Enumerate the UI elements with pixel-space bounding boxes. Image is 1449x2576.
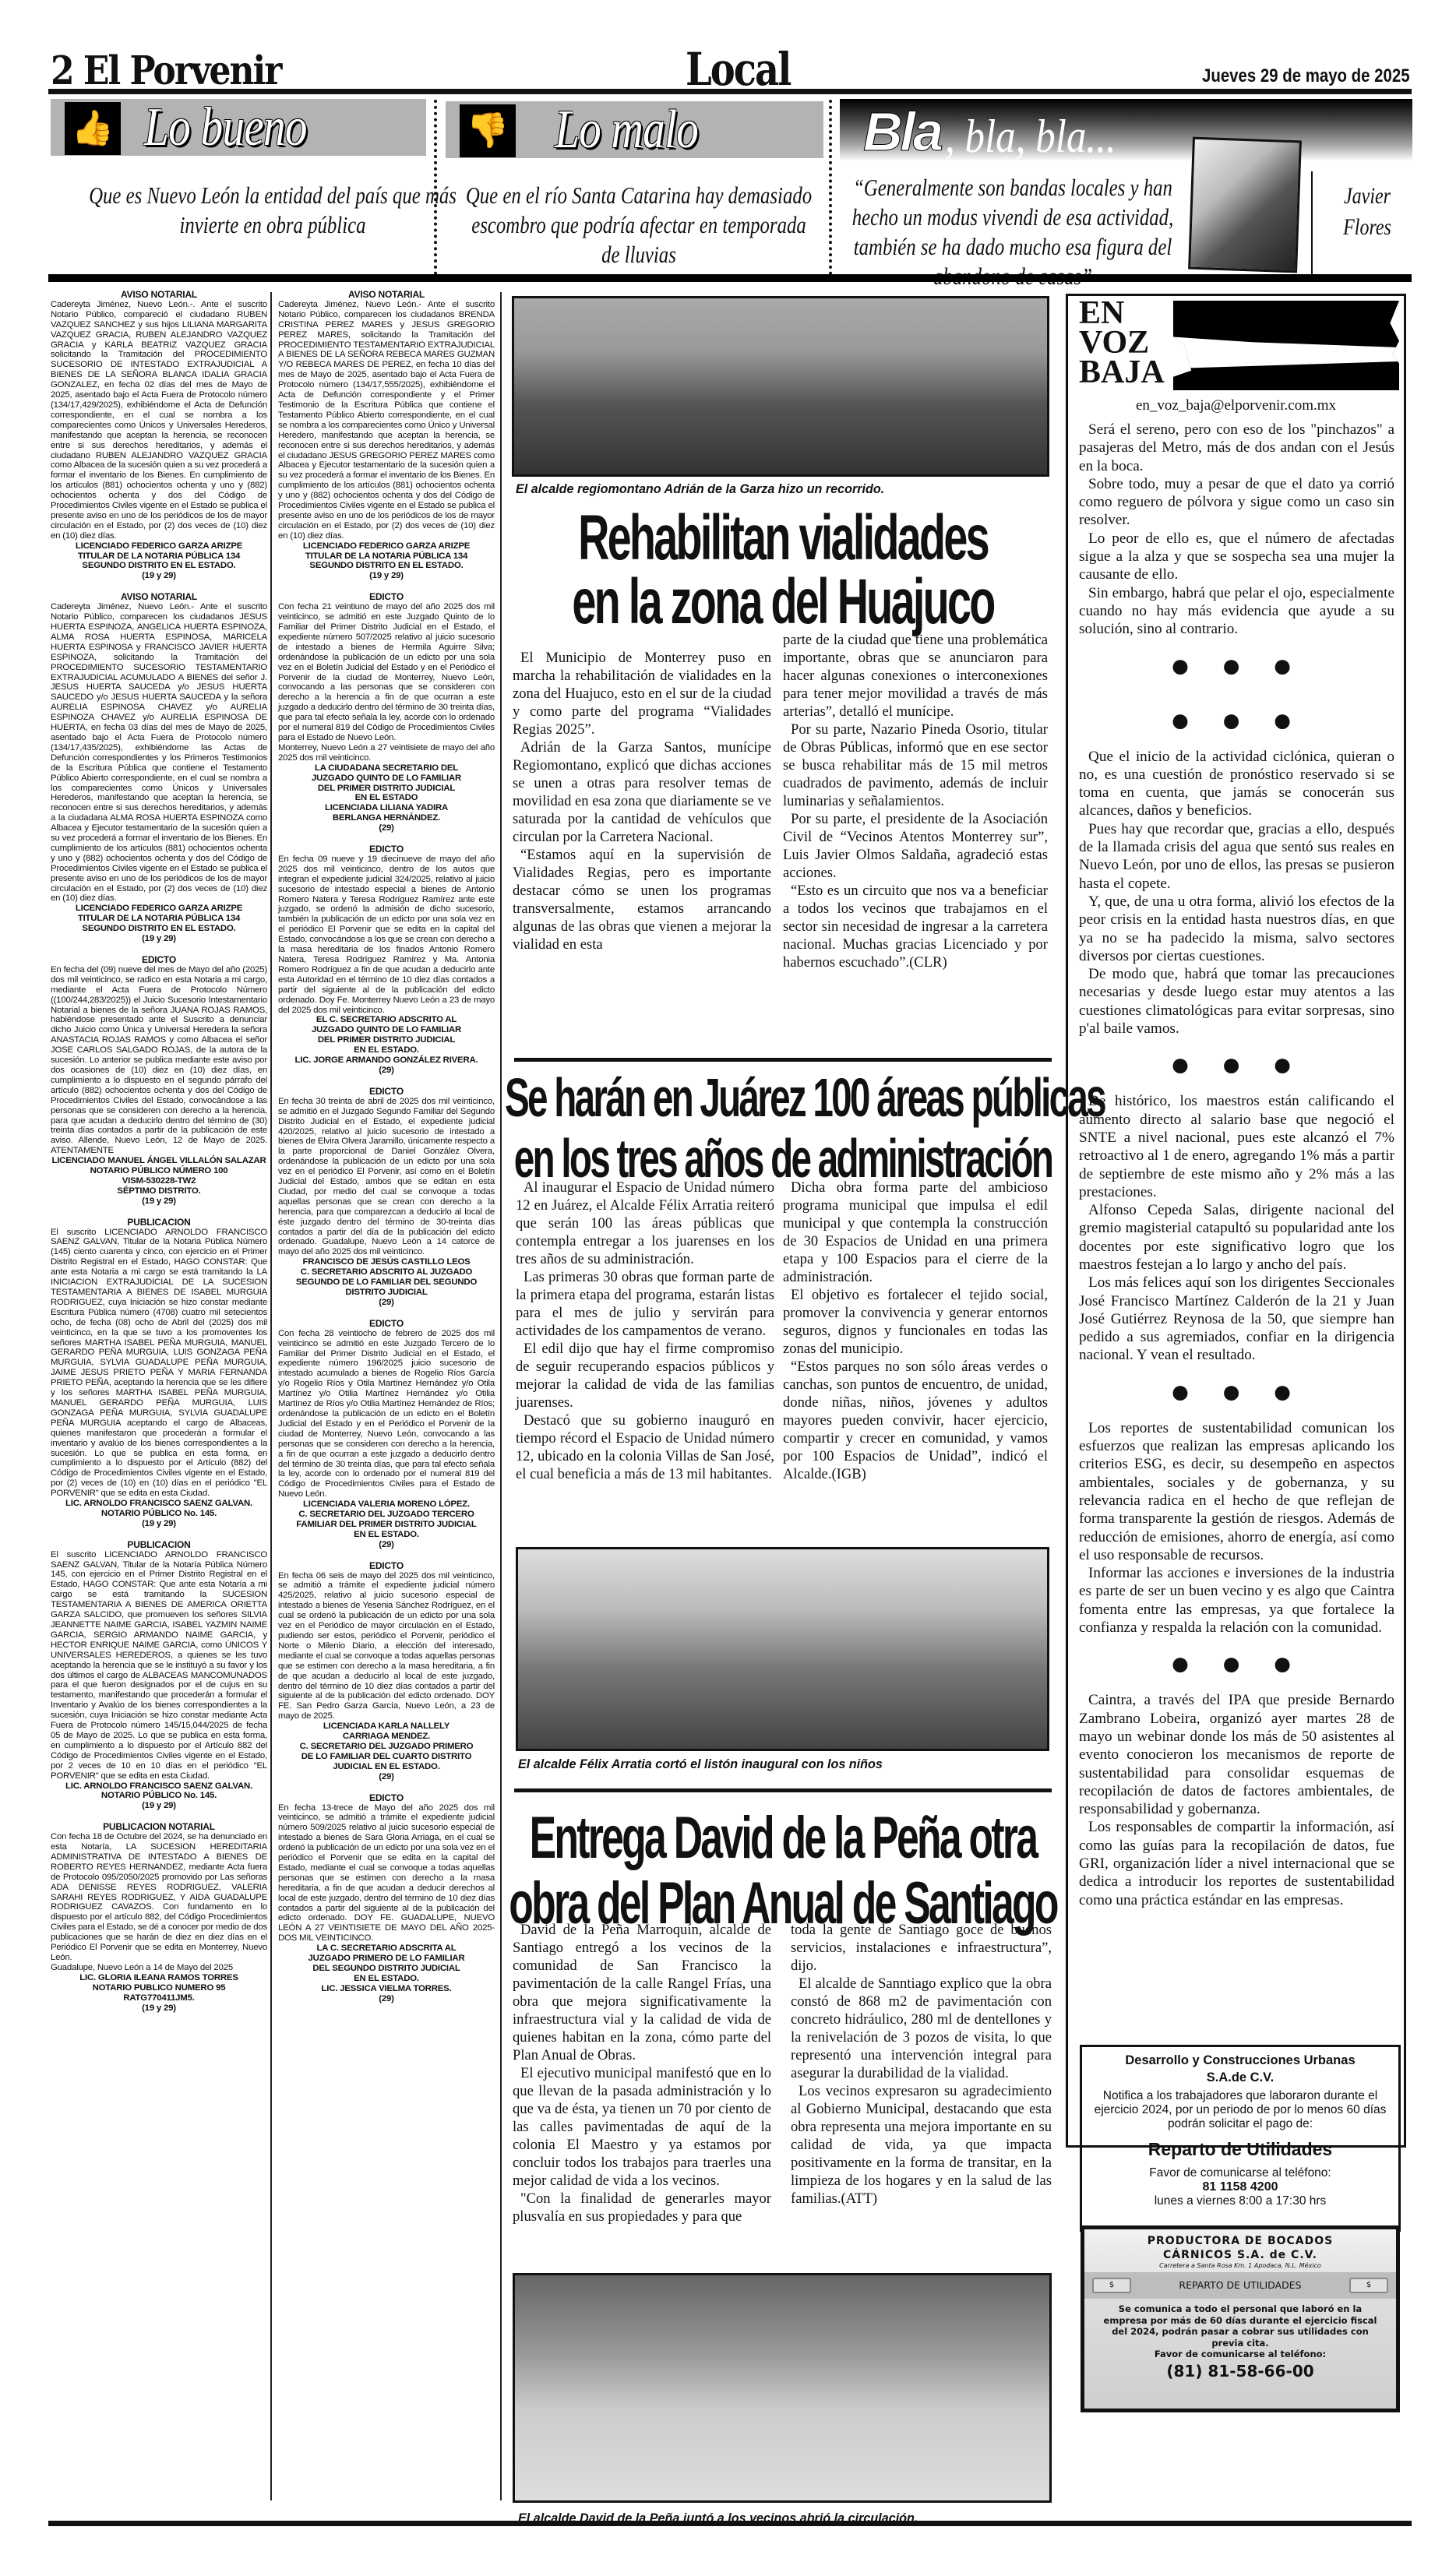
speaker-divider xyxy=(1311,171,1313,280)
crickets-illustration-icon xyxy=(1173,301,1399,390)
masthead-rule xyxy=(48,89,1412,94)
article-photo-huajuco xyxy=(512,296,1049,477)
article-separator xyxy=(514,1058,1052,1062)
legal-notice: AVISO NOTARIALCadereyta Jiménez, Nuevo L… xyxy=(278,290,495,581)
ad-company-line: Desarrollo y Construcciones Urbanas xyxy=(1082,2052,1398,2069)
paragraph: Pues hay que recordar que, gracias a ell… xyxy=(1079,820,1394,893)
thumbs-down-icon: 👎 xyxy=(460,104,516,157)
en-voz-baja-title: EN VOZ BAJA xyxy=(1079,298,1165,387)
legal-notice: EDICTOEn fecha 13-trece de Mayo del año … xyxy=(278,1793,495,2004)
paragraph: Sin embargo, habrá que pelar el ojo, esp… xyxy=(1079,584,1394,639)
paragraph: “Estamos aquí en la supervisión de Viali… xyxy=(513,846,771,953)
notice-body: En fecha 09 nueve y 19 diecinueve de may… xyxy=(278,855,495,1016)
legal-notice: EDICTOEn fecha 06 seis de mayo del 2025 … xyxy=(278,1561,495,1782)
paragraph: De histórico, los maestros están calific… xyxy=(1079,1092,1394,1201)
legal-notice: AVISO NOTARIALCadereyta Jiménez, Nuevo L… xyxy=(51,290,267,581)
notice-signature: LICENCIADO FEDERICO GARZA ARIZPE TITULAR… xyxy=(51,541,267,582)
article-photo-santiago xyxy=(513,2273,1052,2503)
column-divider xyxy=(270,292,272,2500)
notice-signature: LICENCIADO MANUEL ÁNGEL VILLALÓN SALAZAR… xyxy=(51,1156,267,1207)
headline-line: Entrega David de la Peña otra xyxy=(505,1806,1061,1871)
headline-line: Se harán en Juárez 100 áreas públicas xyxy=(505,1067,1061,1128)
paragraph: Dicha obra forma parte del ambicioso pro… xyxy=(783,1179,1048,1286)
notice-title: EDICTO xyxy=(278,1319,495,1329)
ad-desarrollo-urbanas: Desarrollo y Construcciones Urbanas S.A.… xyxy=(1080,2045,1401,2232)
notice-body: El suscrito LICENCIADO ARNOLDO FRANCISCO… xyxy=(51,1228,267,1499)
notice-title: EDICTO xyxy=(278,592,495,602)
ad-message: Se comunica a todo el personal que labor… xyxy=(1084,2303,1396,2349)
page-number-and-newspaper-name: 2 El Porvenir xyxy=(51,48,280,94)
paragraph: Lo peor de ello es, que el número de afe… xyxy=(1079,530,1394,584)
photo-caption: El alcalde regiomontano Adrián de la Gar… xyxy=(516,481,884,497)
paragraph: Y, que, de una u otra forma, alivió los … xyxy=(1079,893,1394,965)
notice-body: Cadereyta Jiménez, Nuevo León.- Ante el … xyxy=(278,300,495,541)
paragraph: "Con la finalidad de generarles mayor pl… xyxy=(513,2190,771,2225)
notice-signature: LICENCIADA KARLA NALLELY CARRIAGA MENDEZ… xyxy=(278,1721,495,1781)
header-black-rule xyxy=(48,274,1412,282)
paragraph: “Esto es un circuito que nos va a benefi… xyxy=(783,882,1048,971)
lo-malo-banner: 👎 Lo malo xyxy=(446,101,823,158)
article-body-col2: Dicha obra forma parte del ambicioso pro… xyxy=(783,1179,1048,1483)
notice-title: AVISO NOTARIAL xyxy=(51,592,267,602)
ad-company-line: PRODUCTORA DE BOCADOS xyxy=(1084,2234,1396,2248)
ad-band-label: REPARTO DE UTILIDADES xyxy=(1179,2279,1301,2291)
bla-bla-bla-banner: Bla , bla, bla... xyxy=(840,99,1412,161)
ad-band: $ REPARTO DE UTILIDADES $ xyxy=(1084,2272,1396,2299)
notice-body: Cadereyta Jiménez, Nuevo León.-. Ante el… xyxy=(51,300,267,541)
ad-company-name: Desarrollo y Construcciones Urbanas S.A.… xyxy=(1082,2052,1398,2086)
notice-body: Con fecha 18 de Octubre del 2024, se ha … xyxy=(51,1832,267,1973)
notice-title: EDICTO xyxy=(278,1793,495,1803)
ad-contact-label: Favor de comunicarse al teléfono: xyxy=(1084,2349,1396,2360)
notice-signature: EL C. SECRETARIO ADSCRITO AL JUZGADO QUI… xyxy=(278,1015,495,1075)
notice-body: En fecha 13-trece de Mayo del año 2025 d… xyxy=(278,1803,495,1944)
lo-bueno-banner: 👍 Lo bueno xyxy=(51,99,426,156)
ad-phone: (81) 81-58-66-00 xyxy=(1084,2362,1396,2380)
ad-phone: 81 1158 4200 xyxy=(1082,2180,1398,2194)
notice-body: Con fecha 28 veintiocho de febrero de 20… xyxy=(278,1329,495,1499)
notice-signature: LIC. GLORIA ILEANA RAMOS TORRES NOTARIO … xyxy=(51,1973,267,2014)
headline-line: en la zona del Huajuco xyxy=(484,570,1082,634)
section-separator-dots-icon: ● ● ● xyxy=(1079,1038,1394,1092)
article-separator xyxy=(514,1788,1052,1792)
section-separator-dots-icon: ● ● ● xyxy=(1079,639,1394,693)
legal-notice: PUBLICACION NOTARIALCon fecha 18 de Octu… xyxy=(51,1822,267,2013)
article-body-col2: toda la gente de Santiago goce de buenos… xyxy=(791,1921,1052,2208)
legal-notice: PUBLICACIONEl suscrito LICENCIADO ARNOLD… xyxy=(51,1540,267,1811)
speaker-name: Javier Flores xyxy=(1333,181,1401,243)
legal-notices-column-1: AVISO NOTARIALCadereyta Jiménez, Nuevo L… xyxy=(51,290,267,2024)
paragraph: Por su parte, Nazario Pineda Osorio, tit… xyxy=(783,721,1048,810)
photo-caption: El alcalde Félix Arratia cortó el listón… xyxy=(518,1757,883,1772)
lo-bueno-title: Lo bueno xyxy=(144,100,307,155)
paragraph: Alfonso Cepeda Salas, dirigente nacional… xyxy=(1079,1201,1394,1274)
paragraph: Destacó que su gobierno inauguró en tiem… xyxy=(516,1411,774,1483)
notice-signature: LIC. ARNOLDO FRANCISCO SAENZ GALVAN. NOT… xyxy=(51,1499,267,1529)
paragraph: Los más felices aquí son los dirigentes … xyxy=(1079,1274,1394,1364)
title-line: EN xyxy=(1079,298,1165,328)
notice-signature: LA CIUDADANA SECRETARIO DEL JUZGADO QUIN… xyxy=(278,763,495,833)
dotted-divider xyxy=(829,100,832,275)
paragraph: El objetivo es fortalecer el tejido soci… xyxy=(783,1286,1048,1358)
notice-body: Cadereyta Jiménez, Nuevo León.- Ante el … xyxy=(51,602,267,904)
ad-company-name: PRODUCTORA DE BOCADOS CÁRNICOS S.A. de C… xyxy=(1084,2234,1396,2262)
money-bills-icon: $ xyxy=(1349,2278,1388,2293)
paragraph: Sobre todo, muy a pesar de que el dato y… xyxy=(1079,475,1394,530)
legal-notice: PUBLICACIONEl suscrito LICENCIADO ARNOLD… xyxy=(51,1218,267,1529)
notice-title: PUBLICACION NOTARIAL xyxy=(51,1822,267,1832)
notice-body: El suscrito LICENCIADO ARNOLDO FRANCISCO… xyxy=(51,1550,267,1781)
ad-company-line: CÁRNICOS S.A. de C.V. xyxy=(1084,2248,1396,2262)
ad-productora-bocados: PRODUCTORA DE BOCADOS CÁRNICOS S.A. de C… xyxy=(1081,2225,1400,2412)
ad-company-line: S.A.de C.V. xyxy=(1082,2069,1398,2086)
paragraph: Los responsables de compartir la informa… xyxy=(1079,1818,1394,1908)
paragraph: Las primeras 30 obras que forman parte d… xyxy=(516,1268,774,1340)
section-separator-dots-icon: ● ● ● xyxy=(1079,693,1394,748)
headline-juarez: Se harán en Juárez 100 áreas públicas en… xyxy=(505,1067,1061,1189)
paragraph: El edil dijo que hay el firme compromiso… xyxy=(516,1340,774,1411)
money-bills-icon: $ xyxy=(1092,2278,1131,2293)
legal-notices-column-2: AVISO NOTARIALCadereyta Jiménez, Nuevo L… xyxy=(278,290,495,2015)
paragraph: Será el sereno, pero con eso de los "pin… xyxy=(1079,421,1394,475)
article-body-col1: David de la Peña Marroquín, alcalde de S… xyxy=(513,1921,771,2225)
notice-signature: FRANCISCO DE JESÚS CASTILLO LEOS C. SECR… xyxy=(278,1257,495,1308)
paragraph: Los vecinos expresaron su agradecimiento… xyxy=(791,2082,1052,2208)
notice-signature: LIC. ARNOLDO FRANCISCO SAENZ GALVAN. NOT… xyxy=(51,1781,267,1812)
notice-body: En fecha del (09) nueve del mes de Mayo … xyxy=(51,965,267,1156)
paragraph: El ejecutivo municipal manifestó que en … xyxy=(513,2064,771,2190)
notice-title: EDICTO xyxy=(51,955,267,965)
notice-title: AVISO NOTARIAL xyxy=(278,290,495,300)
notice-signature: LICENCIADA VALERIA MORENO LÓPEZ. C. SECR… xyxy=(278,1499,495,1550)
notice-title: EDICTO xyxy=(278,1561,495,1571)
paragraph: El Municipio de Monterrey puso en marcha… xyxy=(513,649,771,738)
en-voz-baja-body: Será el sereno, pero con eso de los "pin… xyxy=(1079,421,1394,1909)
notice-title: PUBLICACION xyxy=(51,1218,267,1228)
article-body-col1: Al inaugurar el Espacio de Unidad número… xyxy=(516,1179,774,1483)
notice-body: En fecha 06 seis de mayo del 2025 dos mi… xyxy=(278,1571,495,1722)
paragraph: Al inaugurar el Espacio de Unidad número… xyxy=(516,1179,774,1268)
bla-title-bold: Bla xyxy=(863,100,941,163)
headline-huajuco: Rehabilitan vialidades en la zona del Hu… xyxy=(484,506,1082,634)
lo-bueno-text: Que es Nuevo León la entidad del país qu… xyxy=(79,181,466,240)
paragraph: Que el inicio de la actividad ciclónica,… xyxy=(1079,748,1394,820)
page-bottom-rule xyxy=(48,2521,1412,2526)
paragraph: David de la Peña Marroquín, alcalde de S… xyxy=(513,1921,771,2064)
notice-title: PUBLICACION xyxy=(51,1540,267,1550)
ad-contact-label: Favor de comunicarse al teléfono: xyxy=(1082,2166,1398,2180)
paragraph: toda la gente de Santiago goce de buenos… xyxy=(791,1921,1052,1975)
publication-date: Jueves 29 de mayo de 2025 xyxy=(1202,65,1410,87)
article-body-col2: parte de la ciudad que tiene una problem… xyxy=(783,631,1048,971)
legal-notice: AVISO NOTARIALCadereyta Jiménez, Nuevo L… xyxy=(51,592,267,944)
speaker-photo xyxy=(1188,137,1302,273)
legal-notice: EDICTOEn fecha del (09) nueve del mes de… xyxy=(51,955,267,1207)
paragraph: Adrián de la Garza Santos, munícipe Regi… xyxy=(513,738,771,846)
section-separator-dots-icon: ● ● ● xyxy=(1079,1365,1394,1419)
paragraph: Los reportes de sustentabilidad comunica… xyxy=(1079,1419,1394,1564)
paragraph: El alcalde de Sanntiago explico que la o… xyxy=(791,1975,1052,2082)
ad-notice: Notifica a los trabajadores que laboraro… xyxy=(1082,2089,1398,2131)
ad-hours: lunes a viernes 8:00 a 17:30 hrs xyxy=(1082,2194,1398,2208)
legal-notice: EDICTOCon fecha 21 veintiuno de mayo del… xyxy=(278,592,495,833)
paragraph: “Estos parques no son sólo áreas verdes … xyxy=(783,1358,1048,1483)
paragraph: Informar las acciones e inversiones de l… xyxy=(1079,1564,1394,1637)
thumbs-up-icon: 👍 xyxy=(65,102,121,155)
lo-malo-text: Que en el río Santa Catarina hay demasia… xyxy=(464,181,813,270)
paragraph: Caintra, a través del IPA que preside Be… xyxy=(1079,1691,1394,1818)
dotted-divider xyxy=(434,100,437,275)
legal-notice: EDICTOCon fecha 28 veintiocho de febrero… xyxy=(278,1319,495,1550)
paragraph: parte de la ciudad que tiene una problem… xyxy=(783,631,1048,721)
article-photo-juarez xyxy=(516,1547,1049,1751)
paragraph: De modo que, habrá que tomar las precauc… xyxy=(1079,965,1394,1038)
bla-title-rest: , bla, bla... xyxy=(945,110,1116,164)
column-email-link[interactable]: en_voz_baja@elporvenir.com.mx xyxy=(1066,397,1406,414)
legal-notice: EDICTOEn fecha 09 nueve y 19 diecinueve … xyxy=(278,844,495,1076)
section-separator-dots-icon: ● ● ● xyxy=(1079,1637,1394,1691)
paragraph: Por su parte, el presidente de la Asocia… xyxy=(783,810,1048,882)
notice-signature: LICENCIADO FEDERICO GARZA ARIZPE TITULAR… xyxy=(51,904,267,944)
notice-body: Con fecha 21 veintiuno de mayo del año 2… xyxy=(278,602,495,763)
notice-title: EDICTO xyxy=(278,1087,495,1097)
ad-headline: Reparto de Utilidades xyxy=(1082,2139,1398,2160)
notice-signature: LICENCIADO FEDERICO GARZA ARIZPE TITULAR… xyxy=(278,541,495,582)
notice-signature: LA C. SECRETARIO ADSCRITA AL JUZGADO PRI… xyxy=(278,1943,495,2003)
notice-title: EDICTO xyxy=(278,844,495,855)
article-body-col1: El Municipio de Monterrey puso en marcha… xyxy=(513,649,771,953)
legal-notice: EDICTOEn fecha 30 treinta de abril de 20… xyxy=(278,1087,495,1308)
notice-body: En fecha 30 treinta de abril de 2025 dos… xyxy=(278,1097,495,1258)
lo-malo-title: Lo malo xyxy=(555,103,698,157)
headline-santiago: Entrega David de la Peña otra obra del P… xyxy=(505,1806,1061,1936)
ad-address: Carretera a Santa Rosa Km. 1 Apodaca, N.… xyxy=(1084,2262,1396,2269)
title-line: VOZ xyxy=(1079,328,1165,358)
headline-line: Rehabilitan vialidades xyxy=(484,506,1082,570)
notice-title: AVISO NOTARIAL xyxy=(51,290,267,300)
title-line: BAJA xyxy=(1079,358,1165,387)
